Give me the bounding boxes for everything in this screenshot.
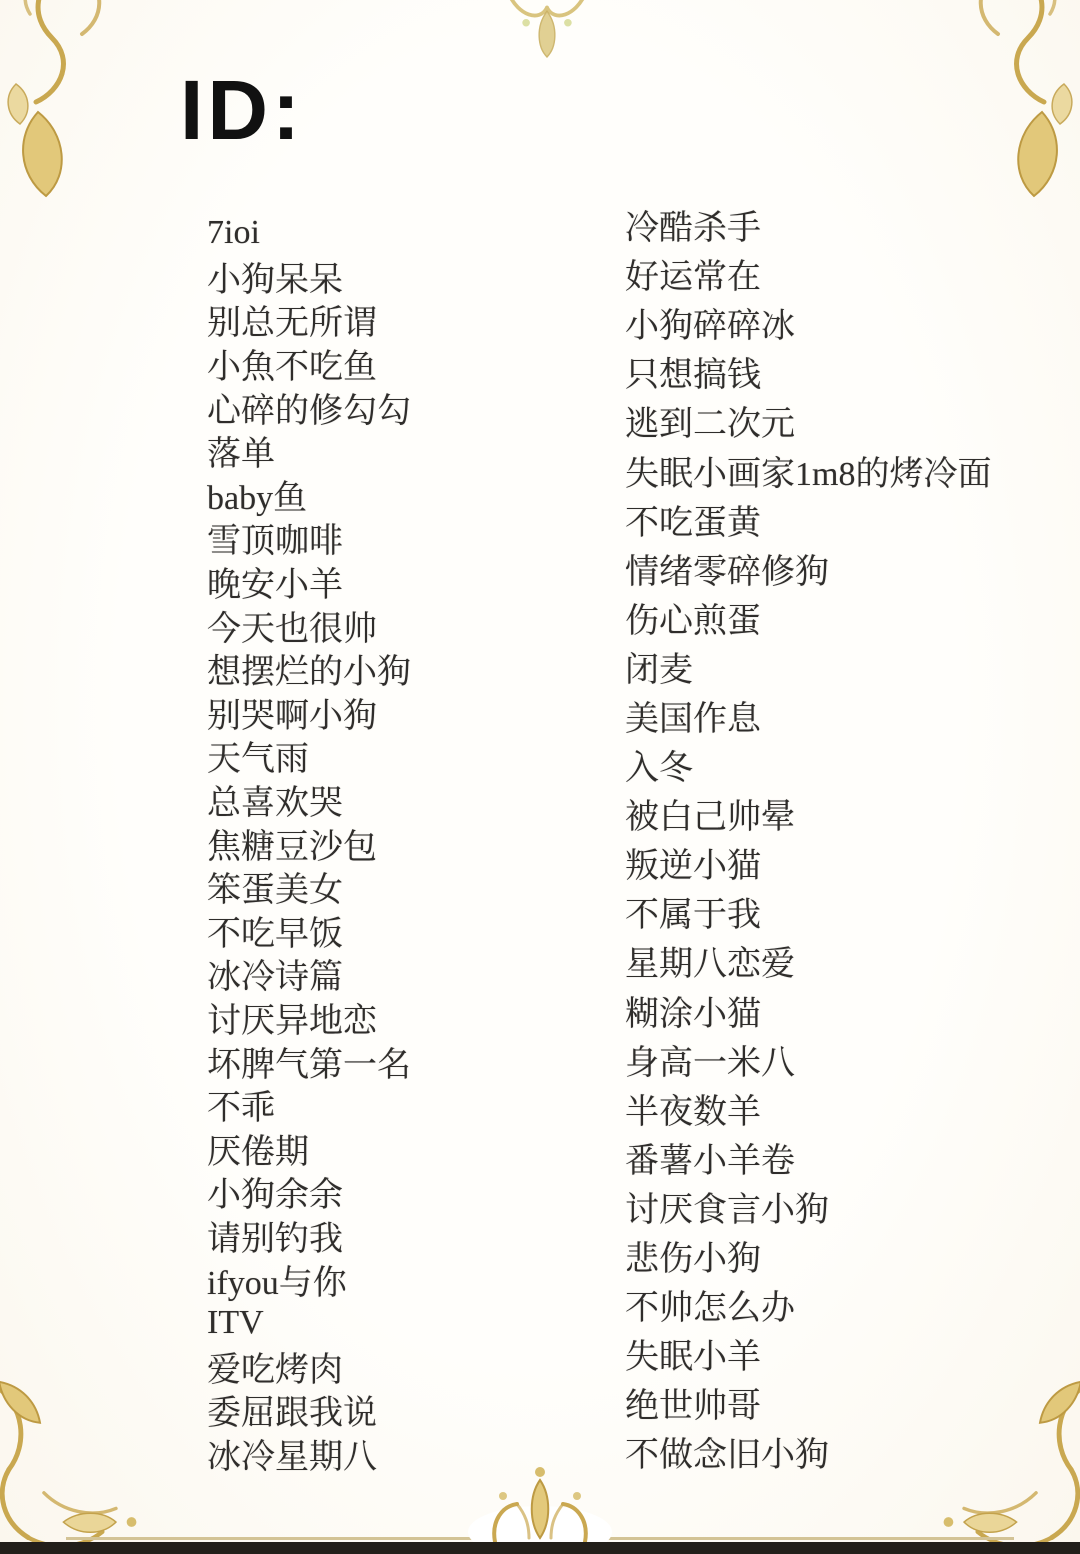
id-list-item: 番薯小羊卷 [625,1133,991,1182]
id-list-item: 晚安小羊 [207,560,411,604]
top-center-flourish-icon [452,0,642,82]
id-list-item: 7ioi [207,211,411,255]
id-list-item: 笨蛋美女 [207,865,411,909]
id-list-item: 冷酷杀手 [625,200,991,249]
id-list-item: 不做念旧小狗 [625,1427,991,1476]
id-list-item: 不属于我 [625,887,991,936]
id-list-item: 总喜欢哭 [207,778,411,822]
id-list-item: 焦糖豆沙包 [207,821,411,865]
id-list-item: 被白己帅晕 [625,789,991,838]
page-title: ID: [180,62,304,159]
id-list-right: 冷酷杀手 好运常在 小狗碎碎冰 只想搞钱 逃到二次元 失眠小画家1m8的烤冷面 … [625,200,991,1476]
id-list-item: 悲伤小狗 [625,1231,991,1280]
id-list-item: 情绪零碎修狗 [625,544,991,593]
id-list-left: 7ioi 小狗呆呆 别总无所谓 小魚不吃鱼 心碎的修勾勾 落单 baby鱼 雪顶… [207,211,411,1475]
id-list-item: 叛逆小猫 [625,838,991,887]
id-list-item: 小狗余余 [207,1170,411,1214]
id-list-item: 不吃蛋黄 [625,495,991,544]
top-left-flourish-icon [0,0,146,224]
id-list-item: 闭麦 [625,642,991,691]
id-list-item: 讨厌食言小狗 [625,1182,991,1231]
id-list-item: 小狗碎碎冰 [625,298,991,347]
id-list-item: 只想搞钱 [625,347,991,396]
id-list-item: 绝世帅哥 [625,1378,991,1427]
id-list-item: 糊涂小猫 [625,986,991,1035]
id-list-item: 美国作息 [625,691,991,740]
id-list-item: 厌倦期 [207,1126,411,1170]
id-list-item: 落单 [207,429,411,473]
page: ID: 7ioi 小狗呆呆 别总无所谓 小魚不吃鱼 心碎的修勾勾 落单 baby… [0,0,1080,1554]
id-list-item: 爱吃烤肉 [207,1344,411,1388]
id-list-item: 好运常在 [625,249,991,298]
id-list-item: 不帅怎么办 [625,1280,991,1329]
id-list-item: 冰冷星期八 [207,1432,411,1476]
id-list-item: 别总无所谓 [207,298,411,342]
id-list-item: 星期八恋爱 [625,936,991,985]
id-list-item: ifyou与你 [207,1257,411,1301]
id-list-item: 坏脾气第一名 [207,1039,411,1083]
bottom-left-flourish-icon [0,1376,172,1554]
id-list-item: 讨厌异地恋 [207,996,411,1040]
bottom-gold-line [66,1537,1014,1540]
id-list-item: 委屈跟我说 [207,1388,411,1432]
id-list-item: 失眠小羊 [625,1329,991,1378]
id-list-item: 天气雨 [207,734,411,778]
id-list-item: 入冬 [625,740,991,789]
id-list-item: 冰冷诗篇 [207,952,411,996]
bottom-dark-bar [0,1542,1080,1554]
id-list-item: 别哭啊小狗 [207,691,411,735]
id-list-item: 小魚不吃鱼 [207,342,411,386]
id-list-item: 不乖 [207,1083,411,1127]
id-list-item: 今天也很帅 [207,603,411,647]
id-list-item: 想摆烂的小狗 [207,647,411,691]
id-list-item: 雪顶咖啡 [207,516,411,560]
id-list-item: 心碎的修勾勾 [207,385,411,429]
id-list-item: 失眠小画家1m8的烤冷面 [625,445,991,494]
id-list-item: 不吃早饭 [207,909,411,953]
bottom-center-crown-flourish-icon [455,1462,625,1554]
id-list-item: ITV [207,1301,411,1345]
id-list-item: 小狗呆呆 [207,255,411,299]
id-list-item: baby鱼 [207,473,411,517]
id-list-item: 逃到二次元 [625,396,991,445]
top-right-flourish-icon [934,0,1080,224]
id-list-item: 伤心煎蛋 [625,593,991,642]
id-list-item: 请别钓我 [207,1214,411,1258]
id-list-item: 半夜数羊 [625,1084,991,1133]
id-list-item: 身高一米八 [625,1035,991,1084]
